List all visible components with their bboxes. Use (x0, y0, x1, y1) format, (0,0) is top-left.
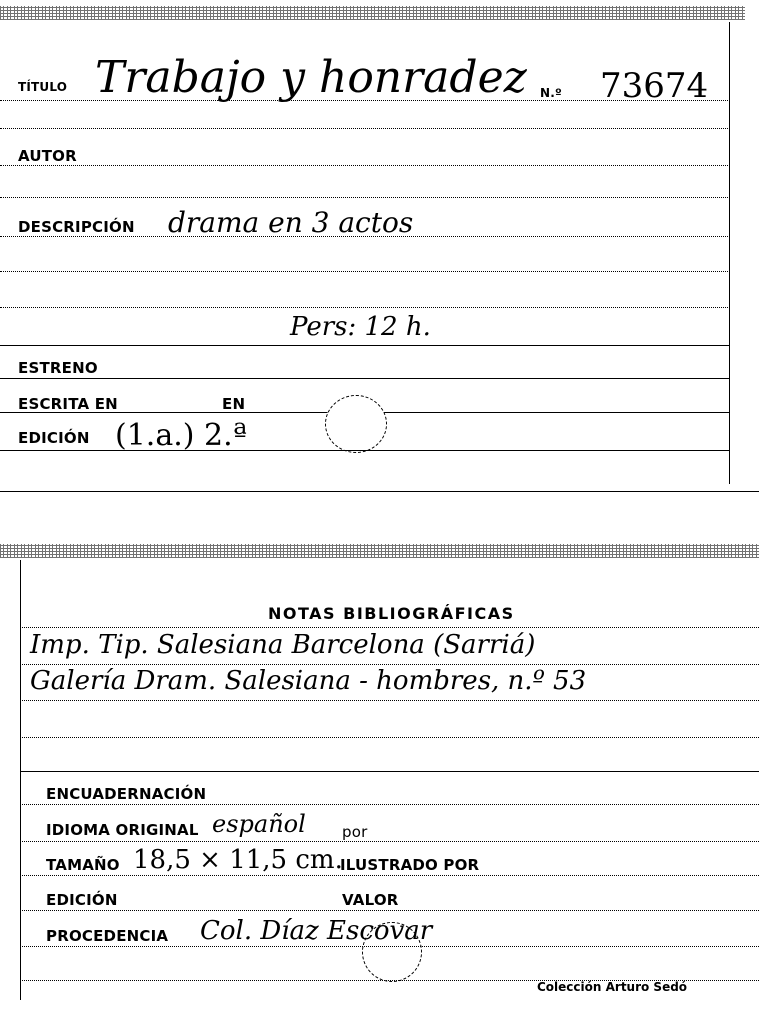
rule (20, 664, 759, 665)
edicion-label: EDICIÓN (18, 429, 90, 447)
rule (20, 627, 759, 628)
note-line-1: Imp. Tip. Salesiana Barcelona (Sarriá) (30, 630, 535, 660)
rule (0, 345, 730, 346)
idioma-rule (20, 841, 759, 842)
note-line-2: Galería Dram. Salesiana - hombres, n.º 5… (30, 666, 586, 696)
scan-edge-noise (0, 6, 745, 20)
rule (0, 307, 730, 308)
tamano-rule (20, 875, 759, 876)
notas-heading: NOTAS BIBLIOGRÁFICAS (268, 604, 515, 623)
por-label: por (342, 823, 367, 841)
personajes-note: Pers: 12 h. (290, 312, 431, 342)
rule (0, 128, 730, 129)
rule (20, 700, 759, 701)
descripcion-label: DESCRIPCIÓN (18, 218, 135, 236)
autor-label: AUTOR (18, 147, 77, 165)
rule (20, 771, 759, 772)
card-bottom-edge (0, 491, 759, 492)
escrita-en-label: ESCRITA EN (18, 395, 118, 413)
numero-label: N.º (540, 86, 562, 100)
edicion-rule (0, 450, 730, 451)
scan-edge-noise (0, 544, 759, 558)
autor-rule (0, 165, 730, 166)
ilustrado-por-label: ILUSTRADO POR (340, 856, 479, 874)
card-right-border (729, 22, 730, 484)
encuadernacion-rule (20, 804, 759, 805)
idioma-original-label: IDIOMA ORIGINAL (46, 821, 199, 839)
rule (20, 737, 759, 738)
procedencia-label: PROCEDENCIA (46, 927, 168, 945)
tamano-label: TAMAÑO (46, 856, 120, 874)
edicion-rule (20, 910, 759, 911)
estreno-label: ESTRENO (18, 359, 98, 377)
card-left-border (20, 560, 21, 1000)
punch-hole (325, 395, 387, 453)
edicion-label: EDICIÓN (46, 891, 118, 909)
escrita-en-2-label: EN (222, 395, 245, 413)
rule (0, 197, 730, 198)
descripcion-rule (0, 236, 730, 237)
valor-label: VALOR (342, 891, 399, 909)
encuadernacion-label: ENCUADERNACIÓN (46, 785, 206, 803)
titulo-label: TÍTULO (18, 80, 67, 94)
catalog-card-back: NOTAS BIBLIOGRÁFICAS Imp. Tip. Salesiana… (0, 540, 759, 1028)
titulo-value: Trabajo y honradez (95, 52, 527, 103)
collection-credit: Colección Arturo Sedó (537, 980, 687, 994)
punch-hole (362, 922, 422, 982)
descripcion-value: drama en 3 actos (168, 206, 413, 239)
catalog-card-front: TÍTULO Trabajo y honradez N.º 73674 AUTO… (0, 0, 759, 492)
edicion-value: (1.a.) 2.ª (115, 418, 247, 453)
titulo-rule (0, 100, 730, 101)
rule (0, 271, 730, 272)
estreno-rule (0, 378, 730, 379)
idioma-original-value: español (212, 810, 306, 838)
tamano-value: 18,5 × 11,5 cm. (133, 845, 343, 875)
